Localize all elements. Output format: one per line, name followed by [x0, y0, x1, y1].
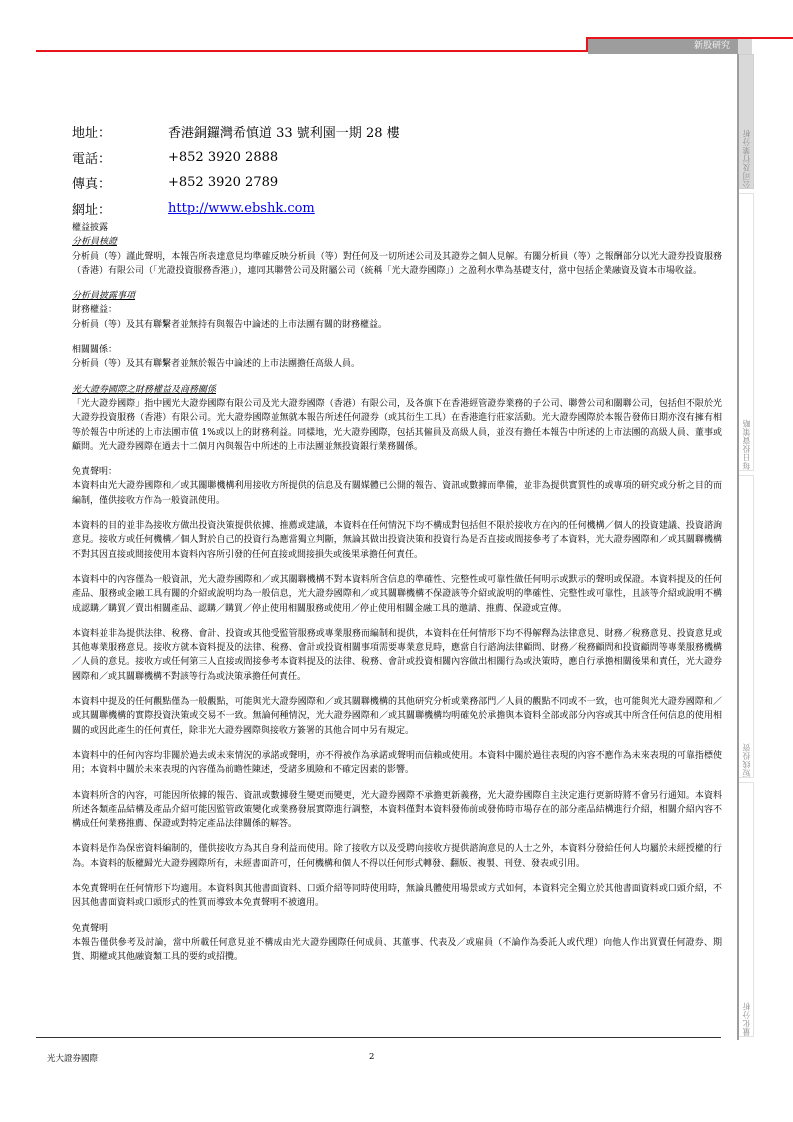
side-tab-label: 公司及行業分析: [741, 125, 752, 189]
address-value: 香港銅鑼灣希慎道 33 號利園一期 28 樓: [168, 122, 400, 141]
side-tab-short-term[interactable]: 短线投资: [739, 475, 754, 778]
relationship-label: 相關關係：: [72, 343, 722, 357]
section-label: 新股研究: [694, 41, 730, 51]
disclaimer-paragraph: 本資料的目的並非為接收方做出投資決策提供依據、推薦或建議，本資料在任何情況下均不…: [72, 519, 722, 562]
analyst-disclosure-heading: 分析員披露事項: [72, 289, 722, 303]
side-tab-company-industry[interactable]: 公司及行業分析: [739, 54, 754, 189]
header-corner-block: [738, 39, 752, 54]
fax-value: +852 3920 2789: [168, 175, 278, 190]
analyst-cert-text: 分析員（等）謹此聲明，本報告所表達意見均準確反映分析員（等）對任何及一切所述公司…: [72, 250, 722, 279]
disclosure-title: 權益披露: [72, 221, 722, 235]
footer-rule: [36, 1037, 721, 1038]
website-link[interactable]: http://www.ebshk.com: [168, 201, 315, 216]
contact-address-row: 地址： 香港銅鑼灣希慎道 33 號利園一期 28 樓: [72, 119, 400, 145]
page-number: 2: [369, 1052, 374, 1062]
firm-interest-text: 「光大證券國際」指中國光大證券國際有限公司及光大證券國際（香港）有限公司，及各旗…: [72, 397, 722, 454]
disclosure-body: 權益披露 分析員核證 分析員（等）謹此聲明，本報告所表達意見均準確反映分析員（等…: [72, 221, 722, 975]
side-tab-label: 量化分析: [741, 998, 752, 1036]
web-label: 網址：: [72, 199, 168, 218]
financial-interest-text: 分析員（等）及其有聯繫者並無持有與報告中論述的上市法團有關的財務權益。: [72, 318, 722, 332]
contact-fax-row: 傳真： +852 3920 2789: [72, 170, 400, 196]
disclaimer-paragraph: 本資料所含的內容，可能因所依據的報告、資訊或數據發生變更而變更，光大證券國際不承…: [72, 789, 722, 832]
disclaimer-paragraph: 本資料並非為提供法律、稅務、會計、投資或其他受監管服務或專業服務而編制和提供，本…: [72, 627, 722, 684]
contact-block: 地址： 香港銅鑼灣希慎道 33 號利園一期 28 樓 電話： +852 3920…: [72, 119, 400, 221]
contact-web-row: 網址： http://www.ebshk.com: [72, 196, 400, 222]
address-label: 地址：: [72, 122, 168, 141]
disclaimer-paragraph: 本資料中的任何內容均非關於過去或未來情況的承諾或聲明，亦不得被作為承諾或聲明而信…: [72, 749, 722, 778]
side-tab-label: 每日投資策略: [741, 415, 752, 470]
disclaimer-paragraph: 本資料中的內容僅為一般資訊，光大證券國際和／或其關聯機構不對本資料所含信息的準確…: [72, 573, 722, 616]
contact-phone-row: 電話： +852 3920 2888: [72, 145, 400, 171]
disclaimer-paragraph: 本資料中提及的任何觀點僅為一般觀點，可能與光大證券國際和／或其關聯機構的其他研究…: [72, 695, 722, 738]
relationship-text: 分析員（等）及其有聯繫者並無於報告中論述的上市法團擔任高級人員。: [72, 357, 722, 371]
side-tab-daily-strategy[interactable]: 每日投資策略: [739, 193, 754, 471]
section-label-bar: 新股研究: [588, 39, 738, 54]
header-red-rule: [36, 50, 587, 52]
footer-company: 光大證券國際: [47, 1052, 98, 1064]
phone-label: 電話：: [72, 148, 168, 167]
side-tab-quant[interactable]: 量化分析: [739, 782, 754, 1037]
analyst-cert-heading: 分析員核證: [72, 235, 722, 249]
second-disclaimer-text: 本報告僅供參考及討論，當中所載任何意見並不構成由光大證券國際任何成員、其董事、代…: [72, 936, 722, 965]
fax-label: 傳真：: [72, 173, 168, 192]
disclaimer-paragraph: 本資料由光大證券國際和／或其關聯機構利用接收方所提供的信息及有關媒體已公開的報告…: [72, 479, 722, 508]
second-disclaimer-title: 免責聲明: [72, 922, 722, 936]
disclaimer-paragraph: 本資料是作為保密資料編制的，僅供接收方為其自身利益而使用。除了接收方以及受聘向接…: [72, 842, 722, 871]
disclaimer-paragraph: 本免責聲明在任何情形下均適用。本資料與其他書面資料、口頭介紹等同時使用時，無論具…: [72, 882, 722, 911]
financial-interest-label: 財務權益：: [72, 303, 722, 317]
side-tab-label: 短线投资: [741, 739, 752, 777]
phone-value: +852 3920 2888: [168, 150, 278, 165]
firm-interest-heading: 光大證券國際之財務權益及商務關係: [72, 383, 722, 397]
disclaimer-title: 免責聲明：: [72, 465, 722, 479]
